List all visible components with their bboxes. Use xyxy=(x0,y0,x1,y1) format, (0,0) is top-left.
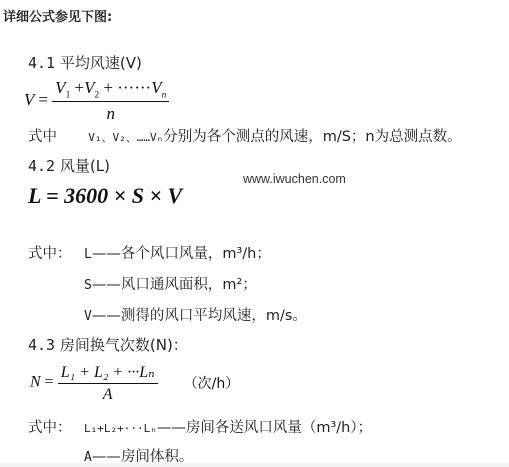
section-heading-4-3: 4.3 房间换气次数(N)： xyxy=(28,334,188,355)
formula-air-changes: N = L₁ + L₂ + ···Lₙ A （次/h） xyxy=(30,362,239,404)
description-vars: V₁、V₂、……Vₙ xyxy=(88,131,163,144)
section-title: 风量(L) xyxy=(60,157,110,175)
description-line: L——各个风口风量，m³/h； xyxy=(84,242,271,263)
description-var: L₁+L₂+···Lₙ xyxy=(84,422,157,435)
description-var: V xyxy=(84,309,92,324)
formula-lhs: V xyxy=(24,90,34,109)
description-label: 式中 xyxy=(28,129,57,145)
formula-lhs: N xyxy=(30,374,41,391)
description-text: ——风口通风面积，m²； xyxy=(92,277,257,293)
section-title: 房间换气次数(N)： xyxy=(60,336,188,354)
description-line: S——风口通风面积，m²； xyxy=(84,273,257,294)
section-number: 4.1 xyxy=(28,54,55,72)
description-4-3-label: 式中： xyxy=(28,416,72,437)
description-var: S xyxy=(84,278,92,293)
section-number: 4.2 xyxy=(28,157,55,175)
formula-denominator: n xyxy=(106,102,115,124)
description-var: L xyxy=(84,247,92,262)
description-line: L₁+L₂+···Lₙ——房间各送风口风量（m³/h）； xyxy=(84,416,372,437)
description-text: ——房间各送风口风量（m³/h）； xyxy=(157,420,372,436)
description-4-1: 式中 V₁、V₂、……Vₙ分别为各个测点的风速，m/S；n为总测点数。 xyxy=(28,125,462,146)
description-4-2-label: 式中： xyxy=(28,242,72,263)
description-text: 分别为各个测点的风速，m/S；n为总测点数。 xyxy=(163,129,461,145)
formula-denominator: A xyxy=(103,384,113,404)
formula-airflow: L = 3600 × S × V xyxy=(28,183,182,209)
description-text: ——各个风口风量，m³/h； xyxy=(92,246,271,262)
description-text: ——测得的风口平均风速，m/s。 xyxy=(92,308,307,324)
formula-numerator: V1 +V2 + ······Vn xyxy=(52,78,169,101)
formula-numerator: L₁ + L₂ + ···Lₙ xyxy=(58,362,158,383)
intro-text: 详细公式参见下图: xyxy=(3,6,112,25)
section-heading-4-1: 4.1 平均风速(V) xyxy=(28,52,142,73)
description-line: V——测得的风口平均风速，m/s。 xyxy=(84,304,307,325)
formula-unit: （次/h） xyxy=(184,376,240,392)
formula-fraction: V1 +V2 + ······Vn n xyxy=(52,78,169,124)
bottom-edge xyxy=(0,463,509,467)
formula-average-velocity: V = V1 +V2 + ······Vn n xyxy=(24,78,169,124)
watermark: www.iwuchen.com xyxy=(243,172,346,186)
section-title: 平均风速(V) xyxy=(60,54,142,72)
formula-fraction: L₁ + L₂ + ···Lₙ A xyxy=(58,362,158,404)
section-heading-4-2: 4.2 风量(L) xyxy=(28,155,110,176)
section-number: 4.3 xyxy=(28,336,55,354)
